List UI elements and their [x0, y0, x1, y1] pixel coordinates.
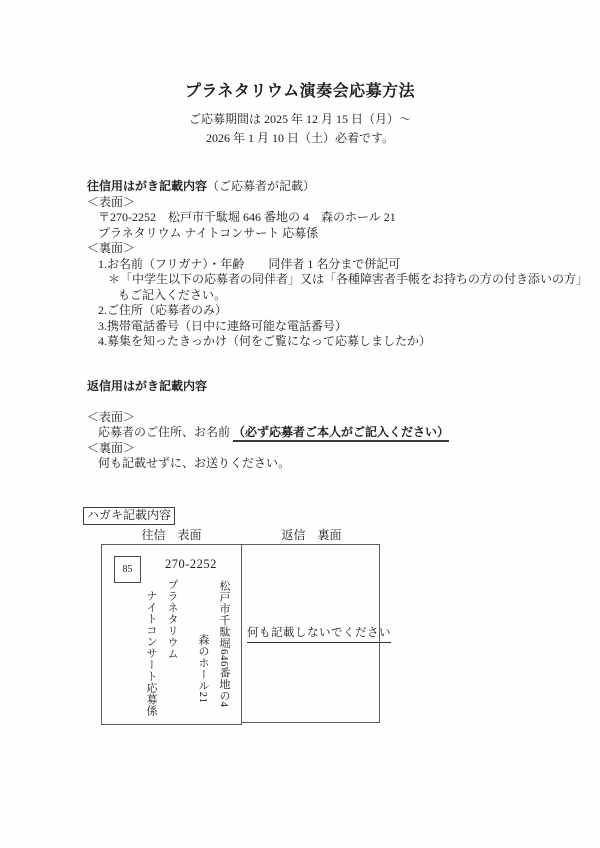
address-column-1: 松戸市千駄堀646番地の4 [213, 580, 234, 720]
outbound-item-name-age: 1.お名前（フリガナ）・年齢 同伴者 1 名分まで併記可 [87, 257, 557, 273]
recipient-column-1: プラネタリウム [161, 579, 182, 721]
outbound-heading: 往信用はがき記載内容（ご応募者が記載） [87, 179, 557, 195]
vertical-address-block: 松戸市千駄堀646番地の4 森のホール21 [192, 580, 234, 720]
reply-front-text: 応募者のご住所、お名前 [98, 425, 233, 439]
outbound-heading-note: （ご応募者が記載） [207, 179, 315, 193]
outbound-item-phone: 3.携帯電話番号（日中に連絡可能な電話番号） [87, 319, 557, 335]
outbound-item-address: 2.ご住所（応募者のみ） [87, 303, 557, 319]
reply-note: 何も記載しないでください [247, 624, 391, 643]
diagram-right-header: 返信 裏面 [242, 526, 381, 543]
period-line-1: ご応募期間は 2025 年 12 月 15 日（月）～ [0, 110, 600, 129]
page-title: プラネタリウム演奏会応募方法 [0, 78, 600, 101]
reply-front-label: ＜表面＞ [87, 410, 557, 426]
reply-back-label: ＜裏面＞ [87, 441, 557, 457]
reply-back-line: 何も記載せずに、お送りください。 [87, 456, 557, 472]
reply-heading: 返信用はがき記載内容 [87, 379, 557, 395]
outbound-item-source: 4.募集を知ったきっかけ（何をご覧になって応募しましたか） [87, 334, 557, 350]
postcard-front-panel: 85 270-2252 松戸市千駄堀646番地の4 森のホール21 プラネタリウ… [101, 544, 242, 725]
address-column-2: 森のホール21 [192, 580, 213, 720]
outbound-front-label: ＜表面＞ [87, 195, 557, 211]
reply-section: 返信用はがき記載内容 ＜表面＞ 応募者のご住所、お名前 （必ず応募者ご本人がご記… [87, 379, 557, 472]
outbound-back-label: ＜裏面＞ [87, 241, 557, 257]
outbound-heading-title: 往信用はがき記載内容 [87, 179, 207, 193]
application-period: ご応募期間は 2025 年 12 月 15 日（月）～ 2026 年 1 月 1… [0, 110, 600, 148]
diagram-section-label: ハガキ記載内容 [83, 507, 175, 525]
reply-front-line: 応募者のご住所、お名前 （必ず応募者ご本人がご記入ください） [87, 425, 557, 441]
diagram-left-header: 往信 表面 [101, 526, 242, 543]
document-page: プラネタリウム演奏会応募方法 ご応募期間は 2025 年 12 月 15 日（月… [0, 0, 600, 848]
outbound-note-companion-cont: もご記入ください。 [87, 288, 557, 304]
title-block: プラネタリウム演奏会応募方法 ご応募期間は 2025 年 12 月 15 日（月… [0, 78, 600, 148]
postcard-diagram: ハガキ記載内容 往信 表面 返信 裏面 85 270-2252 松戸市千駄堀64… [83, 506, 523, 746]
postcard-back-panel: 何も記載しないでください [241, 544, 380, 723]
reply-front-emphasis: （必ず応募者ご本人がご記入ください） [233, 425, 449, 442]
outbound-address-line: 〒270-2252 松戸市千駄堀 646 番地の 4 森のホール 21 [87, 210, 557, 226]
postal-code: 270-2252 [165, 557, 217, 572]
period-line-2: 2026 年 1 月 10 日（土）必着です。 [0, 129, 600, 148]
outbound-section: 往信用はがき記載内容（ご応募者が記載） ＜表面＞ 〒270-2252 松戸市千駄… [87, 179, 557, 350]
outbound-note-companion: ＊「中学生以下の応募者の同伴者」又は「各種障害者手帳をお持ちの方の付き添いの方」 [87, 272, 557, 288]
vertical-recipient-block: プラネタリウム ナイトコンサート応募係 [140, 579, 182, 721]
stamp-box: 85 [114, 556, 141, 583]
postcard-illustration: 85 270-2252 松戸市千駄堀646番地の4 森のホール21 プラネタリウ… [101, 544, 381, 726]
recipient-column-2: ナイトコンサート応募係 [140, 579, 161, 721]
outbound-recipient-line: プラネタリウム ナイトコンサート 応募係 [87, 226, 557, 242]
